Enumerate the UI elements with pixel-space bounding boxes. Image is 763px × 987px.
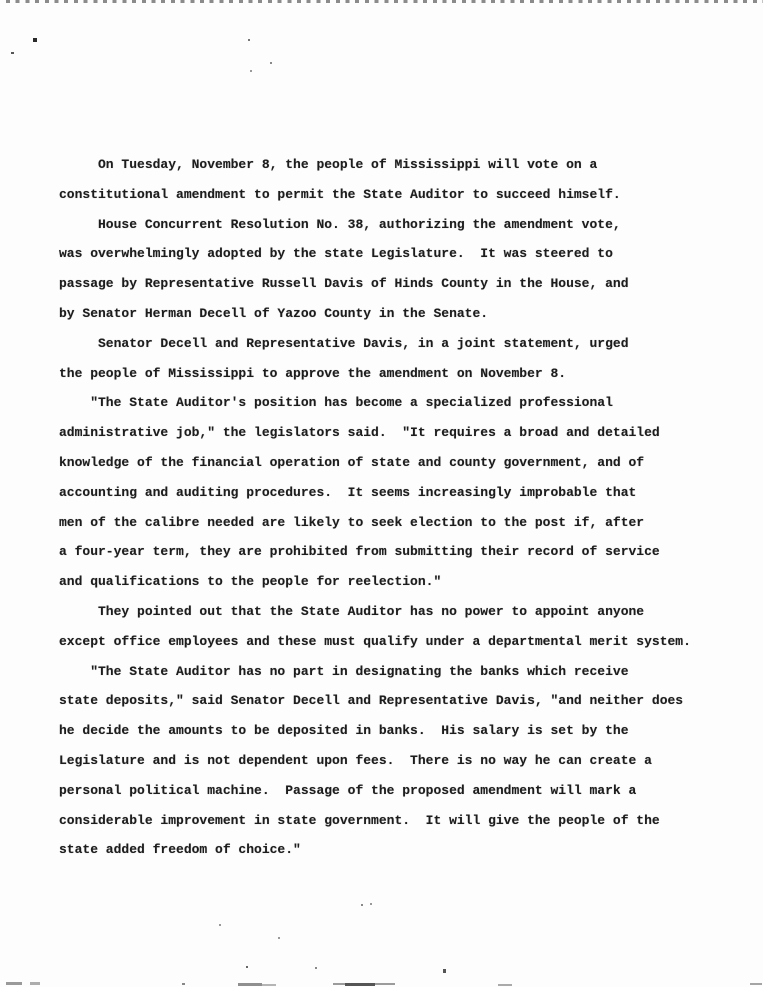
scan-speck — [443, 969, 446, 973]
document-line: House Concurrent Resolution No. 38, auth… — [59, 210, 759, 240]
document-line: constitutional amendment to permit the S… — [59, 180, 759, 210]
document-line: accounting and auditing procedures. It s… — [59, 478, 759, 508]
scanned-document-page: On Tuesday, November 8, the people of Mi… — [0, 0, 763, 987]
scan-speck — [361, 904, 363, 906]
document-line: Legislature and is not dependent upon fe… — [59, 746, 759, 776]
scan-speck — [11, 52, 14, 54]
scan-speck — [315, 967, 317, 969]
document-line: On Tuesday, November 8, the people of Mi… — [59, 150, 759, 180]
scan-smudge — [498, 984, 512, 986]
document-line: administrative job," the legislators sai… — [59, 418, 759, 448]
document-line: "The State Auditor's position has become… — [59, 388, 759, 418]
document-line: knowledge of the financial operation of … — [59, 448, 759, 478]
perforation-dotted-line — [6, 0, 763, 3]
document-line: considerable improvement in state govern… — [59, 806, 759, 836]
scan-speck — [219, 924, 221, 926]
scan-smudge — [262, 984, 276, 986]
typewritten-text-block: On Tuesday, November 8, the people of Mi… — [59, 150, 759, 865]
scan-smudge — [345, 983, 375, 986]
scan-smudge — [238, 983, 262, 986]
document-line: by Senator Herman Decell of Yazoo County… — [59, 299, 759, 329]
document-line: They pointed out that the State Auditor … — [59, 597, 759, 627]
document-line: and qualifications to the people for ree… — [59, 567, 759, 597]
document-line: "The State Auditor has no part in design… — [59, 657, 759, 687]
scan-speck — [33, 38, 37, 42]
scan-smudge — [6, 982, 22, 985]
scan-speck — [270, 62, 272, 64]
scan-speck — [278, 937, 280, 939]
scan-speck — [248, 39, 250, 41]
document-line: was overwhelmingly adopted by the state … — [59, 239, 759, 269]
document-line: men of the calibre needed are likely to … — [59, 508, 759, 538]
document-line: personal political machine. Passage of t… — [59, 776, 759, 806]
document-line: passage by Representative Russell Davis … — [59, 269, 759, 299]
document-line: Senator Decell and Representative Davis,… — [59, 329, 759, 359]
scan-smudge — [182, 983, 185, 985]
document-line: state added freedom of choice." — [59, 835, 759, 865]
scan-speck — [250, 70, 252, 72]
scan-speck — [370, 903, 372, 905]
scan-smudge — [30, 982, 40, 985]
scan-speck — [246, 966, 248, 968]
scan-smudge — [750, 983, 762, 985]
document-line: except office employees and these must q… — [59, 627, 759, 657]
document-line: state deposits," said Senator Decell and… — [59, 686, 759, 716]
document-line: the people of Mississippi to approve the… — [59, 359, 759, 389]
document-line: a four-year term, they are prohibited fr… — [59, 537, 759, 567]
document-line: he decide the amounts to be deposited in… — [59, 716, 759, 746]
